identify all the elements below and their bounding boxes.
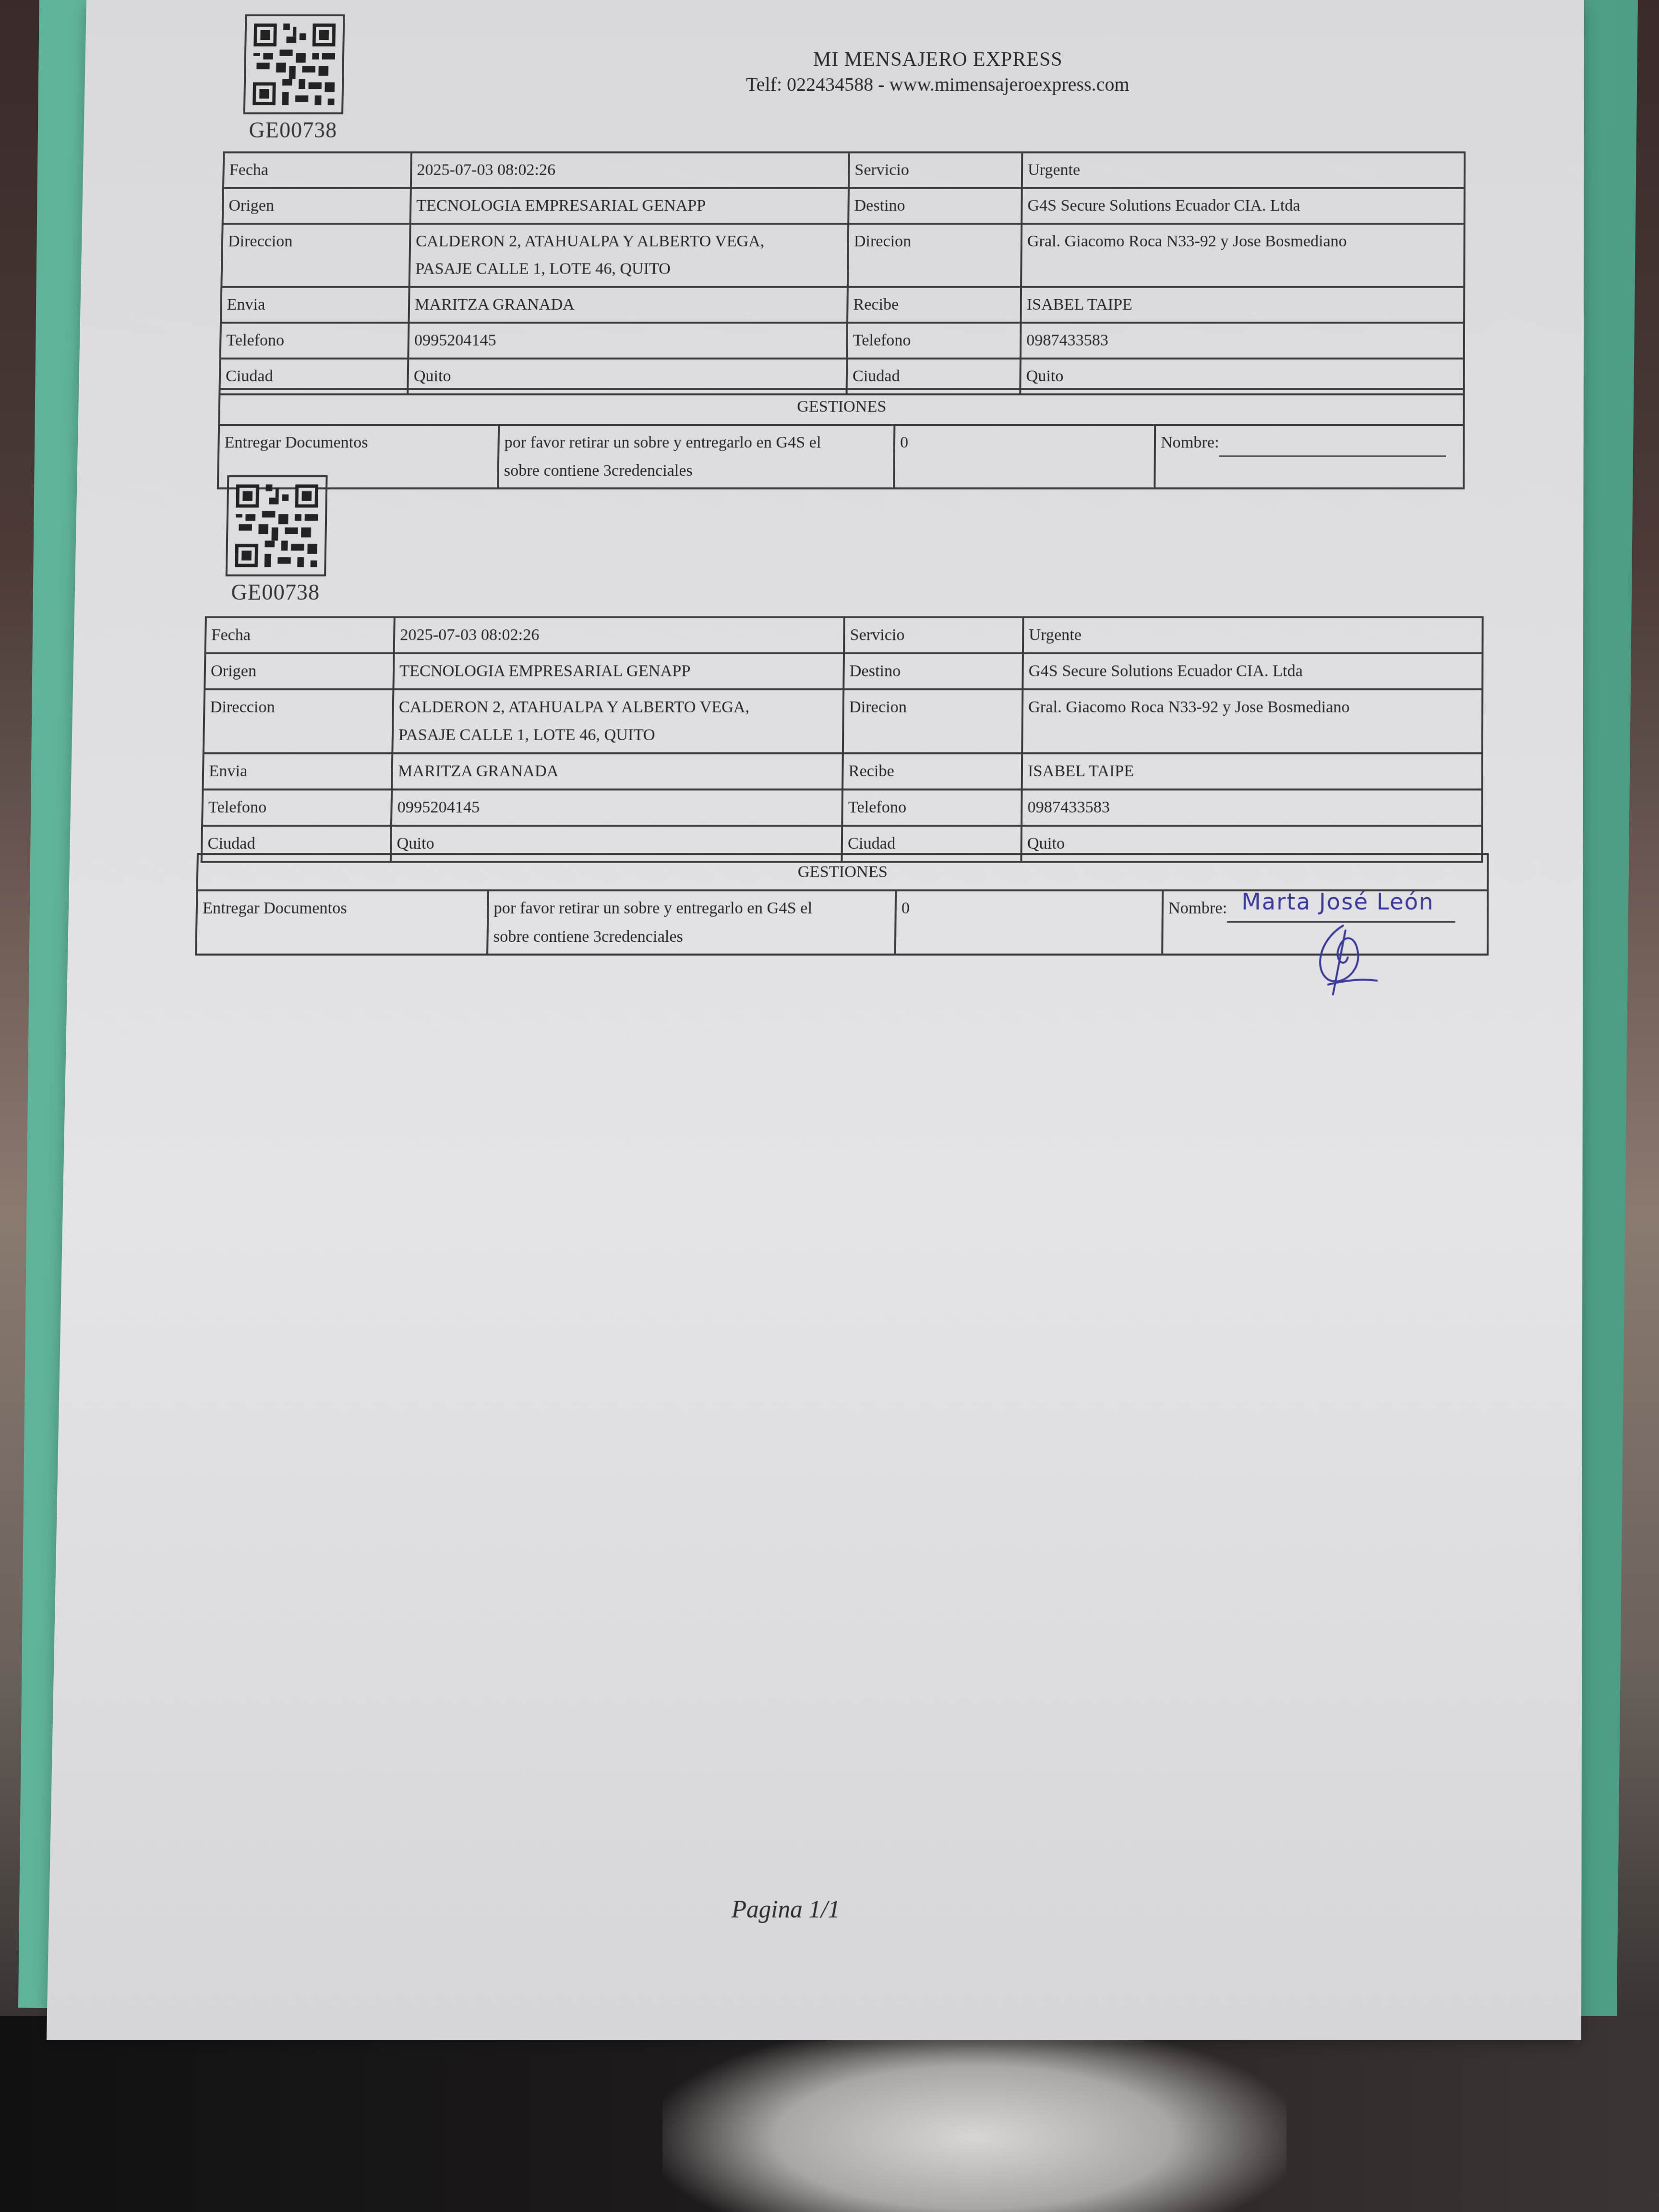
direccion-label: Direccion [221,224,410,287]
telefono-origen-value: 0995204145 [391,790,842,826]
guide-1-qr-block: GE00738 [238,14,350,143]
delivery-guide-sheet: MI MENSAJERO EXPRESS Telf: 022434588 - w… [47,0,1584,2040]
servicio-value: Urgente [1023,617,1483,653]
recibe-label: Recibe [847,287,1021,323]
table-row: Envia MARITZA GRANADA Recibe ISABEL TAIP… [203,753,1482,789]
nombre-signature-line: Marta José León [1227,903,1455,923]
direcion-dest-label: Direcion [843,689,1022,754]
destino-value: G4S Secure Solutions Ecuador CIA. Ltda [1022,188,1465,223]
guide-1-gestiones-table: GESTIONES Entregar Documentos por favor … [217,388,1465,489]
telefono-origen-value: 0995204145 [408,323,847,358]
tracking-id: GE00738 [220,579,332,605]
table-row: Entregar Documentos por favor retirar un… [196,890,1488,954]
company-contact: Telf: 022434588 - www.mimensajeroexpress… [613,73,1262,96]
gestion-tipo: Entregar Documentos [196,890,488,954]
nombre-label: Nombre: [1168,899,1227,917]
nombre-signature-line [1219,438,1446,457]
gestion-cantidad: 0 [895,890,1163,954]
table-row: Telefono 0995204145 Telefono 0987433583 [202,790,1482,826]
gestiones-title: GESTIONES [219,389,1464,424]
direcion-dest-value: Gral. Giacomo Roca N33-92 y Jose Bosmedi… [1021,224,1465,287]
table-row: Fecha 2025-07-03 08:02:26 Servicio Urgen… [205,617,1483,653]
guide-1-table: Fecha 2025-07-03 08:02:26 Servicio Urgen… [218,151,1466,395]
gestiones-header-row: GESTIONES [219,389,1464,424]
direccion-value: CALDERON 2, ATAHUALPA Y ALBERTO VEGA, PA… [392,689,843,754]
destino-value: G4S Secure Solutions Ecuador CIA. Ltda [1022,653,1482,689]
telefono-dest-value: 0987433583 [1021,323,1464,358]
nombre-field: Nombre: [1154,425,1464,489]
gestion-detalle: por favor retirar un sobre y entregarlo … [487,890,896,954]
gestion-detalle-line-1: por favor retirar un sobre y entregarlo … [504,429,889,457]
origen-value: TECNOLOGIA EMPRESARIAL GENAPP [410,188,849,223]
direccion-line-2: PASAJE CALLE 1, LOTE 46, QUITO [398,721,838,750]
fecha-label: Fecha [223,152,411,188]
origen-value: TECNOLOGIA EMPRESARIAL GENAPP [393,653,844,689]
qr-code-icon [243,14,345,114]
nombre-label: Nombre: [1161,433,1219,451]
direcion-dest-label: Direcion [848,224,1022,287]
direcion-dest-value: Gral. Giacomo Roca N33-92 y Jose Bosmedi… [1022,689,1482,754]
servicio-value: Urgente [1022,152,1465,188]
page-number: Pagina 1/1 [687,1894,884,1923]
servicio-label: Servicio [849,152,1022,188]
table-row: Origen TECNOLOGIA EMPRESARIAL GENAPP Des… [204,653,1482,689]
telefono-dest-label: Telefono [847,323,1021,358]
gestion-cantidad: 0 [894,425,1155,489]
gestion-detalle-line-2: sobre contiene 3credenciales [493,923,890,951]
destino-label: Destino [843,653,1023,689]
direccion-line-1: CALDERON 2, ATAHUALPA Y ALBERTO VEGA, [399,693,838,721]
signature-scribble-icon [1309,921,1387,1004]
direccion-label: Direccion [204,689,394,754]
gestion-detalle-line-2: sobre contiene 3credenciales [504,457,888,484]
telefono-dest-value: 0987433583 [1022,790,1482,826]
qr-code-icon [226,475,328,577]
signed-name: Marta José León [1241,883,1434,921]
table-row: Direccion CALDERON 2, ATAHUALPA Y ALBERT… [204,689,1482,754]
telefono-label: Telefono [220,323,409,358]
servicio-label: Servicio [844,617,1023,653]
origen-label: Origen [223,188,411,223]
table-row: Direccion CALDERON 2, ATAHUALPA Y ALBERT… [221,224,1464,287]
table-row: Fecha 2025-07-03 08:02:26 Servicio Urgen… [223,152,1465,188]
envia-value: MARITZA GRANADA [392,753,843,789]
telefono-label: Telefono [202,790,392,826]
envia-label: Envia [221,287,409,323]
gestion-detalle-line-1: por favor retirar un sobre y entregarlo … [493,894,890,923]
company-name: MI MENSAJERO EXPRESS [613,48,1262,71]
fecha-value: 2025-07-03 08:02:26 [411,152,849,188]
recibe-value: ISABEL TAIPE [1022,753,1482,789]
table-row: Envia MARITZA GRANADA Recibe ISABEL TAIP… [221,287,1464,323]
qr-code-graphic [252,24,336,105]
envia-value: MARITZA GRANADA [409,287,848,323]
document-header: MI MENSAJERO EXPRESS Telf: 022434588 - w… [613,48,1262,96]
tracking-id: GE00738 [238,117,349,143]
guide-2-gestiones-table: GESTIONES Entregar Documentos por favor … [195,853,1489,956]
destino-label: Destino [848,188,1022,223]
nombre-field: Nombre:Marta José León [1162,890,1488,954]
guide-2-qr-block: GE00738 [220,475,333,605]
fecha-value: 2025-07-03 08:02:26 [394,617,844,653]
fecha-label: Fecha [205,617,395,653]
origen-label: Origen [204,653,394,689]
table-row: Entregar Documentos por favor retirar un… [218,425,1464,489]
background-shoe [662,2026,1286,2212]
direccion-line-1: CALDERON 2, ATAHUALPA Y ALBERTO VEGA, [416,228,842,255]
direccion-value: CALDERON 2, ATAHUALPA Y ALBERTO VEGA, PA… [409,224,849,287]
telefono-dest-label: Telefono [842,790,1022,826]
recibe-value: ISABEL TAIPE [1021,287,1464,323]
direccion-line-2: PASAJE CALLE 1, LOTE 46, QUITO [415,255,842,283]
table-row: Origen TECNOLOGIA EMPRESARIAL GENAPP Des… [223,188,1465,223]
table-row: Telefono 0995204145 Telefono 0987433583 [220,323,1464,358]
guide-2-table: Fecha 2025-07-03 08:02:26 Servicio Urgen… [201,616,1484,863]
recibe-label: Recibe [842,753,1022,789]
qr-code-graphic [235,484,318,567]
envia-label: Envia [203,753,392,789]
gestion-detalle: por favor retirar un sobre y entregarlo … [498,425,894,489]
